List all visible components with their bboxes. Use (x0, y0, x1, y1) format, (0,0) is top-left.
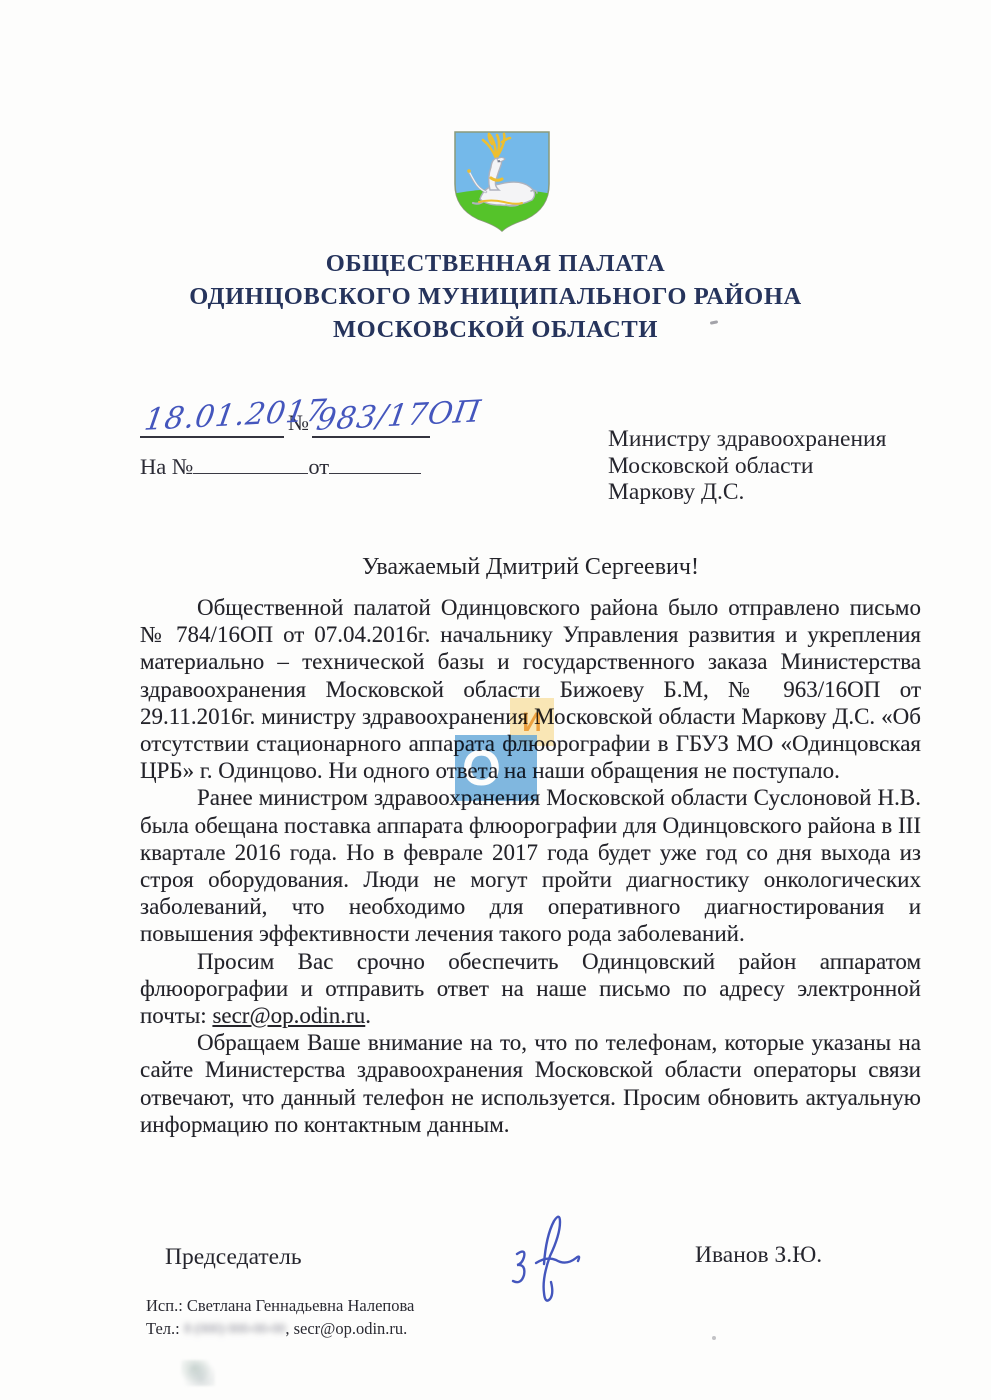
signature-flourish-stroke (536, 1257, 579, 1263)
signature-ink-svg (503, 1206, 595, 1308)
reply-from-label: от (308, 454, 329, 479)
paragraph-2: Ранее министром здравоохранения Московск… (140, 784, 921, 947)
footer-block: Исп.: Светлана Геннадьевна Налепова Тел.… (146, 1294, 414, 1342)
paragraph-4: Обращаем Ваше внимание на то, что по тел… (140, 1029, 921, 1138)
watermark-letter-o-box: О (455, 735, 537, 801)
reply-reference-row: На №от (140, 454, 570, 480)
email-address: secr@op.odin.ru (212, 1003, 365, 1028)
reference-block: 18.01.2017 № 983/17ОП На №от (140, 396, 570, 480)
org-title-line2: ОДИНЦОВСКОГО МУНИЦИПАЛЬНОГО РАЙОНА (0, 280, 991, 313)
watermark-letter-o: О (462, 739, 501, 797)
handwritten-number: 983/17ОП (314, 394, 484, 438)
coat-of-arms (446, 126, 558, 233)
signer-name: Иванов З.Ю. (695, 1242, 822, 1269)
executor-line: Исп.: Светлана Геннадьевна Налепова (146, 1294, 414, 1317)
signer-title: Председатель (165, 1244, 302, 1271)
scanned-letter-page: ОБЩЕСТВЕННАЯ ПАЛАТА ОДИНЦОВСКОГО МУНИЦИП… (0, 0, 991, 1400)
org-title-line3: МОСКОВСКОЙ ОБЛАСТИ (0, 313, 991, 346)
letter-body: Общественной палатой Одинцовского района… (140, 594, 921, 1138)
scan-artifact-dot (712, 1336, 716, 1340)
date-number-row: 18.01.2017 № 983/17ОП (140, 396, 570, 440)
addressee-line3: Маркову Д.С. (608, 479, 886, 506)
addressee-block: Министру здравоохранения Московской обла… (608, 426, 886, 506)
date-underline: 18.01.2017 (140, 396, 284, 438)
org-title-line1: ОБЩЕСТВЕННАЯ ПАЛАТА (0, 247, 991, 280)
redacted-phone-number: 8 (000) 000-00-00 (184, 1318, 285, 1341)
paragraph-3: Просим Вас срочно обеспечить Одинцовский… (140, 948, 921, 1030)
org-title: ОБЩЕСТВЕННАЯ ПАЛАТА ОДИНЦОВСКОГО МУНИЦИП… (0, 247, 991, 346)
watermark-logo: И О (455, 698, 557, 802)
addressee-line2: Московской области (608, 453, 886, 480)
scan-artifact-smudge (181, 1360, 215, 1386)
paragraph-3-period: . (365, 1003, 371, 1028)
reply-date-underline (329, 455, 421, 474)
number-underline: 983/17ОП (312, 396, 430, 438)
salutation: Уважаемый Дмитрий Сергеевич! (140, 554, 921, 581)
phone-label: Тел.: (146, 1319, 184, 1338)
reply-prefix-label: На № (140, 454, 193, 479)
signature-ink (503, 1206, 595, 1308)
addressee-line1: Министру здравоохранения (608, 426, 886, 453)
signature-3-stroke (513, 1252, 524, 1283)
reply-number-underline (193, 455, 308, 474)
coat-of-arms-svg (446, 126, 558, 233)
phone-line: Тел.: 8 (000) 000-00-00, secr@op.odin.ru… (146, 1317, 414, 1342)
phone-email-suffix: , secr@op.odin.ru. (285, 1319, 407, 1338)
